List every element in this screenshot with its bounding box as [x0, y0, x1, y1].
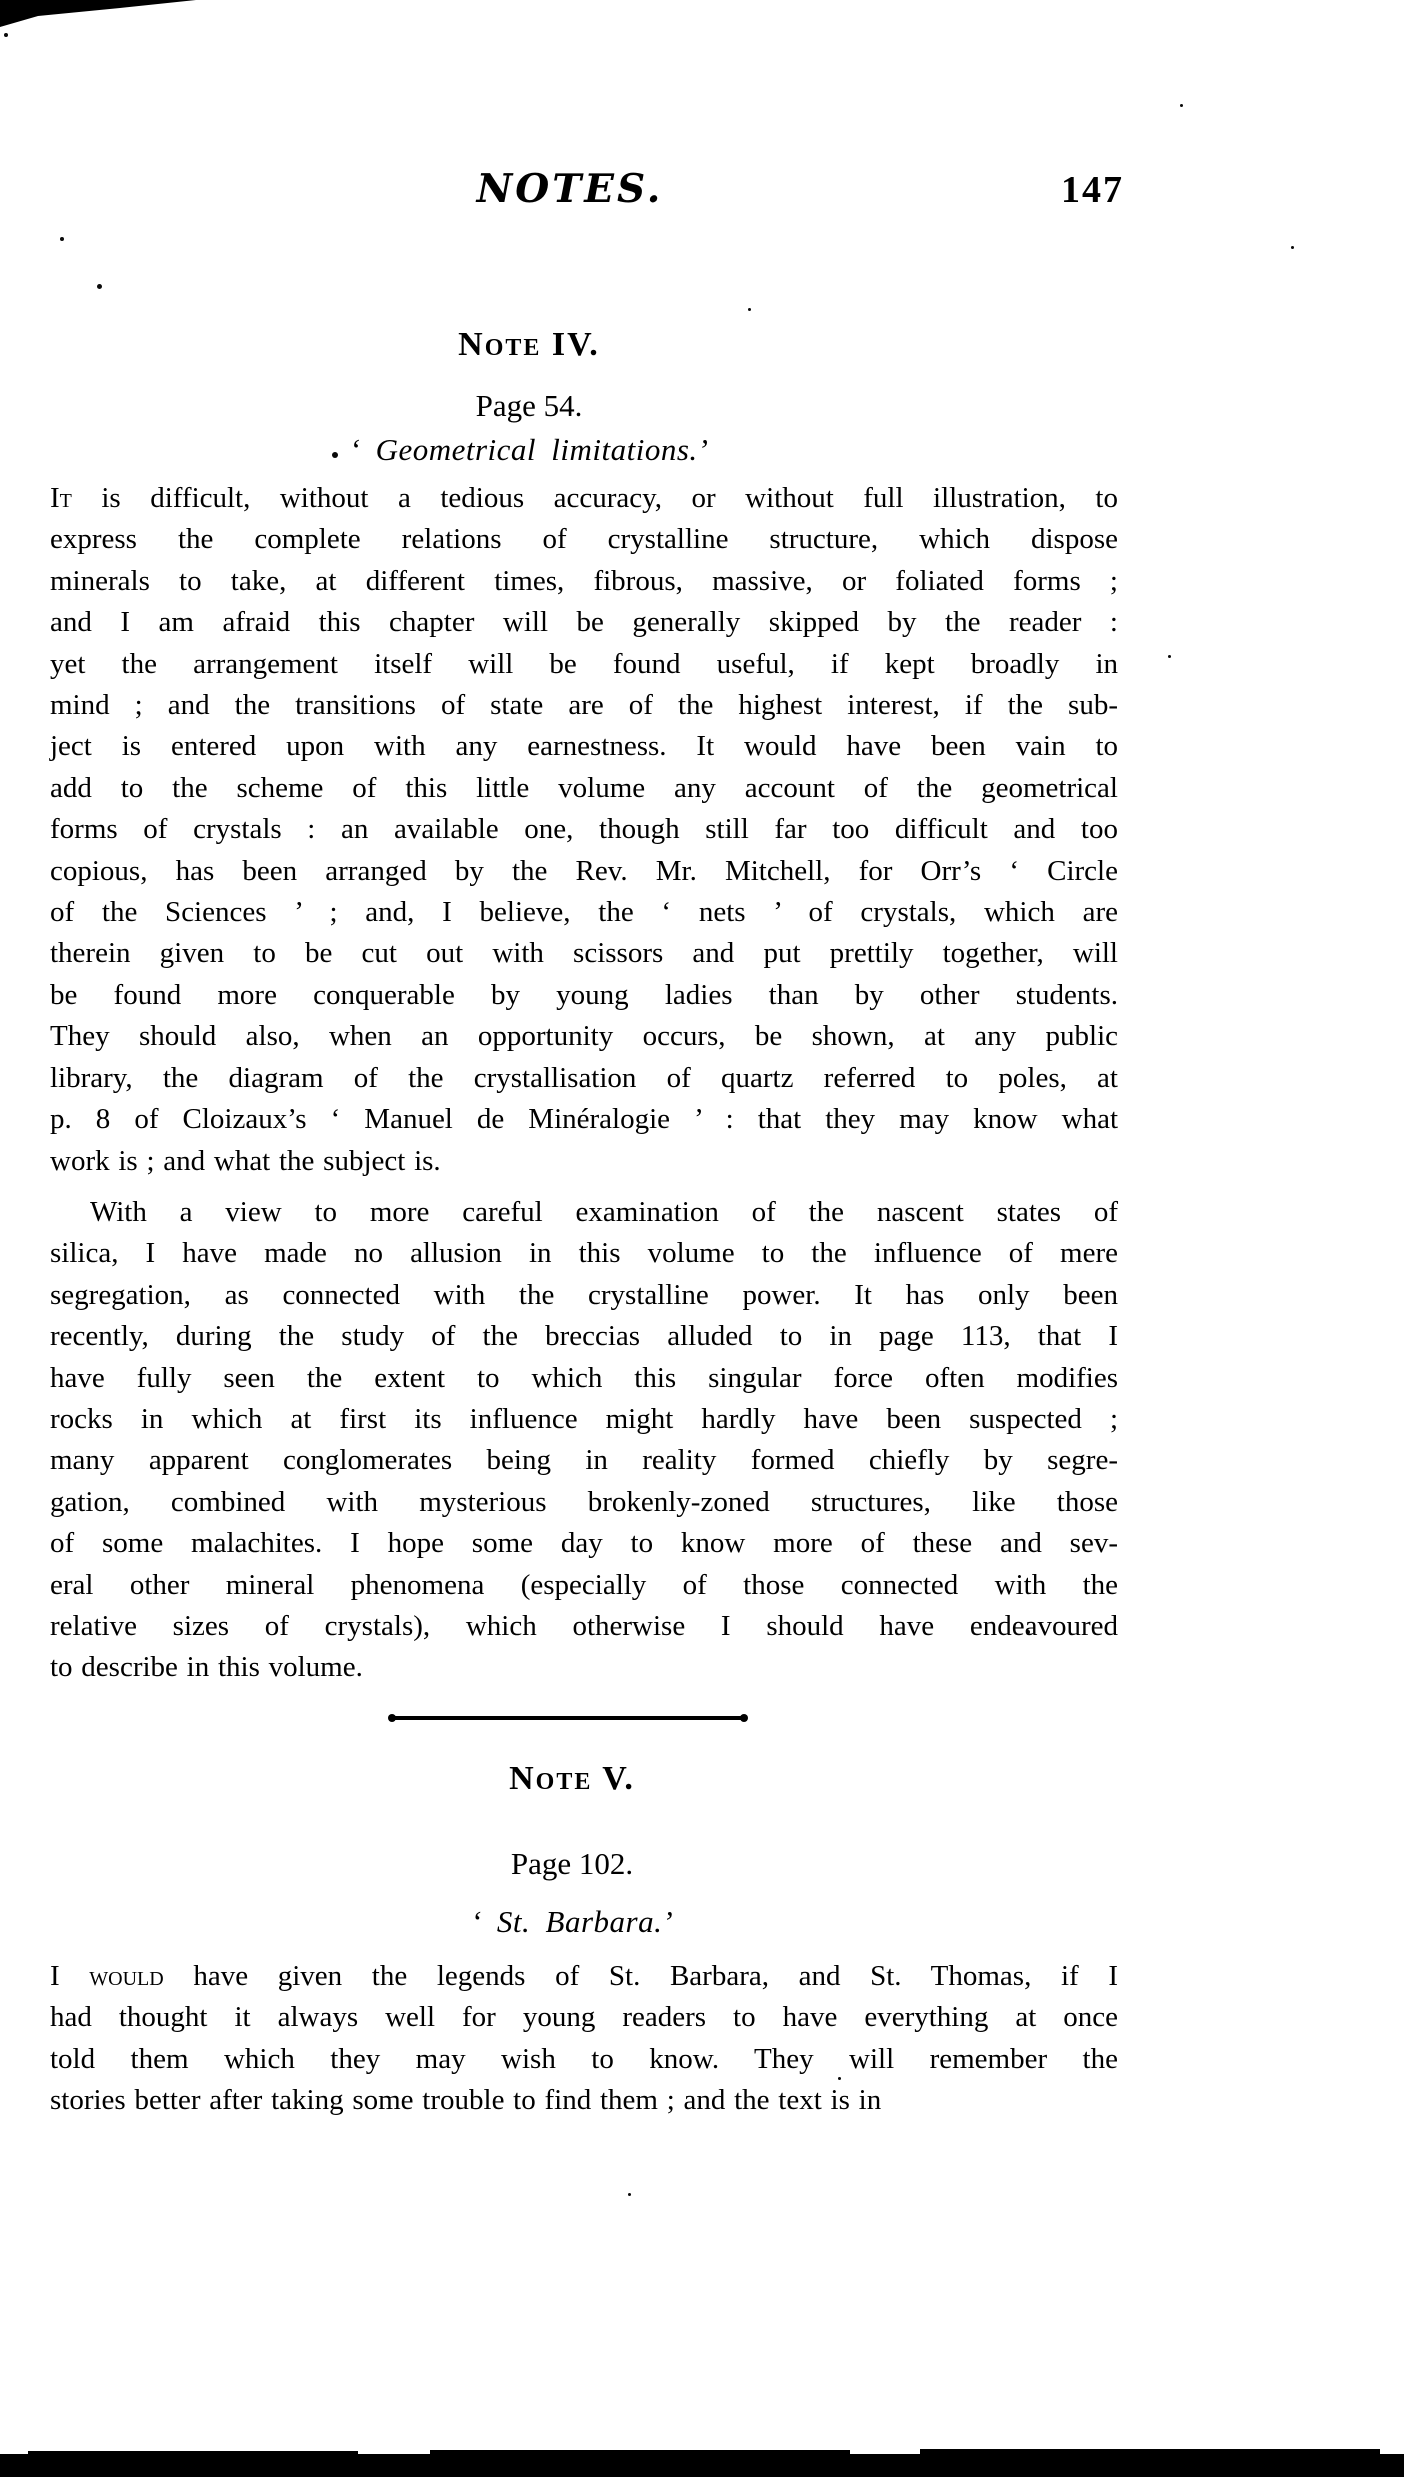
text-line: gation, combined with mysterious brokenl… — [50, 1482, 1118, 1523]
section-divider-rule — [392, 1716, 744, 1720]
text-line: relative sizes of crystals), which other… — [50, 1606, 1118, 1647]
text-line: be found more conquerable by young ladie… — [50, 975, 1118, 1016]
text-line: mind ; and the transitions of state are … — [50, 685, 1118, 726]
scan-speck — [1180, 104, 1183, 107]
note-4-page-reference: Page 54. — [0, 388, 1063, 424]
text-line: With a view to more careful examination … — [50, 1192, 1118, 1233]
book-page: NOTES. 147 Note IV. Page 54. ‘ Geometric… — [0, 0, 1404, 2477]
text-line-rest: is difficult, without a tedious accuracy… — [72, 482, 1118, 514]
paragraph-lead: It — [50, 482, 72, 514]
text-line: library, the diagram of the crystallisat… — [50, 1058, 1118, 1099]
scan-speck — [1168, 655, 1171, 658]
note-4-heading: Note IV. — [0, 326, 1063, 364]
note-5-heading: Note V. — [38, 1760, 1106, 1798]
scan-artifact-ragged-edge — [920, 2449, 1380, 2454]
text-line: I would have given the legends of St. Ba… — [50, 1956, 1118, 1997]
note-4-paragraph-2: With a view to more careful examination … — [50, 1192, 1118, 1689]
text-line: therein given to be cut out with scissor… — [50, 933, 1118, 974]
text-line: of some malachites. I hope some day to k… — [50, 1523, 1118, 1564]
scan-speck — [1291, 246, 1294, 249]
text-line: copious, has been arranged by the Rev. M… — [50, 851, 1118, 892]
scan-speck — [628, 2193, 631, 2196]
note-4-caption: ‘ Geometrical limitations.’ — [0, 432, 1063, 468]
note-4-paragraph-1: It is difficult, without a tedious accur… — [50, 478, 1118, 1182]
text-line: and I am afraid this chapter will be gen… — [50, 602, 1118, 643]
text-line: many apparent conglomerates being in rea… — [50, 1440, 1118, 1481]
text-line: to describe in this volume. — [50, 1647, 1118, 1688]
text-line: told them which they may wish to know. T… — [50, 2039, 1118, 2080]
note-5-page-reference: Page 102. — [38, 1846, 1106, 1882]
text-line: add to the scheme of this little volume … — [50, 768, 1118, 809]
text-line: recently, during the study of the brecci… — [50, 1316, 1118, 1357]
scan-artifact-ragged-edge — [430, 2450, 850, 2455]
text-line: ject is entered upon with any earnestnes… — [50, 726, 1118, 767]
text-line: work is ; and what the subject is. — [50, 1141, 1118, 1182]
text-line: had thought it always well for young rea… — [50, 1997, 1118, 2038]
text-line: rocks in which at first its influence mi… — [50, 1399, 1118, 1440]
note-5-caption: ‘ St. Barbara.’ — [38, 1904, 1106, 1940]
text-line-rest: have given the legends of St. Barbara, a… — [164, 1960, 1118, 1992]
text-line: express the complete relations of crysta… — [50, 519, 1118, 560]
text-line: silica, I have made no allusion in this … — [50, 1233, 1118, 1274]
text-line: forms of crystals : an available one, th… — [50, 809, 1118, 850]
text-line: segregation, as connected with the cryst… — [50, 1275, 1118, 1316]
text-line: eral other mineral phenomena (especially… — [50, 1565, 1118, 1606]
text-line: They should also, when an opportunity oc… — [50, 1016, 1118, 1057]
text-line: It is difficult, without a tedious accur… — [50, 478, 1118, 519]
text-line: yet the arrangement itself will be found… — [50, 644, 1118, 685]
scan-speck — [4, 33, 8, 37]
text-line: p. 8 of Cloizaux’s ‘ Manuel de Minéralog… — [50, 1099, 1118, 1140]
note-5-section: Note V. Page 102. ‘ St. Barbara.’ I woul… — [50, 1760, 1118, 2122]
text-line: of the Sciences ’ ; and, I believe, the … — [50, 892, 1118, 933]
scan-artifact-bottom-edge — [0, 2454, 1404, 2477]
text-line: stories better after taking some trouble… — [50, 2080, 1118, 2121]
text-line: minerals to take, at different times, fi… — [50, 561, 1118, 602]
text-line: have fully seen the extent to which this… — [50, 1358, 1118, 1399]
note-5-paragraph-1: I would have given the legends of St. Ba… — [50, 1956, 1118, 2122]
scan-artifact-ragged-edge — [28, 2451, 358, 2456]
note-4-section: Note IV. Page 54. ‘ Geometrical limitati… — [50, 326, 1118, 1689]
paragraph-lead: I would — [50, 1960, 164, 1992]
